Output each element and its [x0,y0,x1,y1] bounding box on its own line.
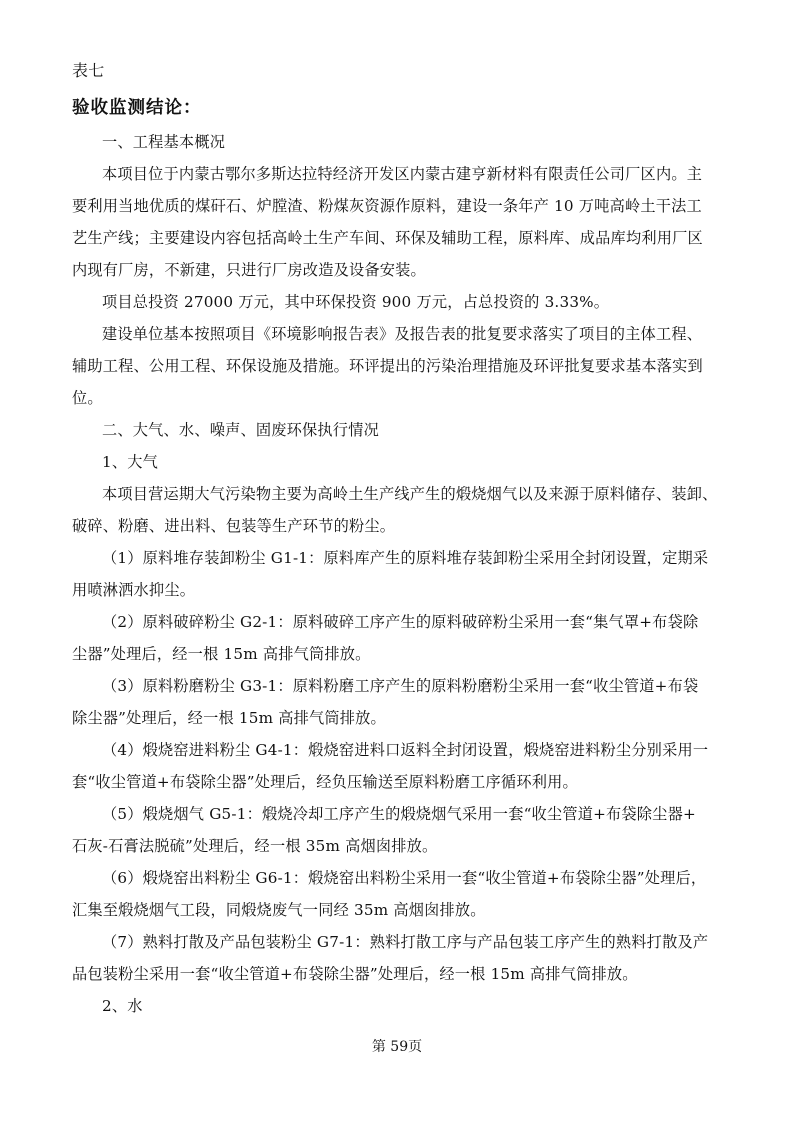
subheading-env-protection: 二、大气、水、噪声、固废环保执行情况 [102,420,379,440]
list-item-g2: （2）原料破碎粉尘 G2-1：原料破碎工序产生的原料破碎粉尘采用一套“集气罩+布… [102,612,698,632]
paragraph-line: 尘器”处理后，经一根 15m 高排气筒排放。 [72,644,371,664]
list-item-g6: （6）煅烧窑出料粉尘 G6-1：煅烧窑出料粉尘采用一套“收尘管道+布袋除尘器”处… [102,868,706,888]
page-number: 第 59页 [0,1038,794,1056]
paragraph-line: 建设单位基本按照项目《环境影响报告表》及报告表的批复要求落实了项目的主体工程、 [102,324,702,344]
subheading-project-overview: 一、工程基本概况 [102,132,225,152]
paragraph-line: 用喷淋洒水抑尘。 [72,580,195,600]
paragraph-line: 辅助工程、公用工程、环保设施及措施。环评提出的污染治理措施及环评批复要求基本落实… [72,356,703,376]
paragraph-line: 位。 [72,388,103,408]
paragraph-line: 本项目营运期大气污染物主要为高岭土生产线产生的煅烧烟气以及来源于原料储存、装卸、 [102,484,718,504]
paragraph-line: 破碎、粉磨、进出料、包装等生产环节的粉尘。 [72,516,395,536]
paragraph-line: 汇集至煅烧烟气工段，同煅烧废气一同经 35m 高烟囱排放。 [72,900,486,920]
paragraph-line: 要利用当地优质的煤矸石、炉膛渣、粉煤灰资源作原料，建设一条年产 10 万吨高岭土… [72,196,702,216]
table-label: 表七 [72,61,104,81]
paragraph-line: 项目总投资 27000 万元，其中环保投资 900 万元，占总投资的 3.33%… [102,292,609,312]
subheading-atmosphere: 1、大气 [102,452,158,472]
paragraph-line: 品包装粉尘采用一套“收尘管道+布袋除尘器”处理后，经一根 15m 高排气筒排放。 [72,964,638,984]
list-item-g7: （7）熟料打散及产品包装粉尘 G7-1：熟料打散工序与产品包装工序产生的熟料打散… [102,932,708,952]
list-item-g4: （4）煅烧窑进料粉尘 G4-1：煅烧窑进料口返料全封闭设置，煅烧窑进料粉尘分别采… [102,740,708,760]
paragraph-line: 内现有厂房，不新建，只进行厂房改造及设备安装。 [72,260,426,280]
section-heading: 验收监测结论： [72,98,202,118]
list-item-g3: （3）原料粉磨粉尘 G3-1：原料粉磨工序产生的原料粉磨粉尘采用一套“收尘管道+… [102,676,698,696]
list-item-g1: （1）原料堆存装卸粉尘 G1-1：原料库产生的原料堆存装卸粉尘采用全封闭设置，定… [102,548,708,568]
subheading-water: 2、水 [102,996,143,1016]
paragraph-line: 艺生产线；主要建设内容包括高岭土生产车间、环保及辅助工程，原料库、成品库均利用厂… [72,228,703,248]
paragraph-line: 本项目位于内蒙古鄂尔多斯达拉特经济开发区内蒙古建亨新材料有限责任公司厂区内。主 [102,164,702,184]
list-item-g5: （5）煅烧烟气 G5-1：煅烧冷却工序产生的煅烧烟气采用一套“收尘管道+布袋除尘… [102,804,696,824]
paragraph-line: 石灰-石膏法脱硫”处理后，经一根 35m 高烟囱排放。 [72,836,437,856]
paragraph-line: 除尘器”处理后，经一根 15m 高排气筒排放。 [72,708,386,728]
document-page: 表七 验收监测结论： 一、工程基本概况 本项目位于内蒙古鄂尔多斯达拉特经济开发区… [0,0,794,1123]
paragraph-line: 套“收尘管道+布袋除尘器”处理后，经负压输送至原料粉磨工序循环利用。 [72,772,578,792]
